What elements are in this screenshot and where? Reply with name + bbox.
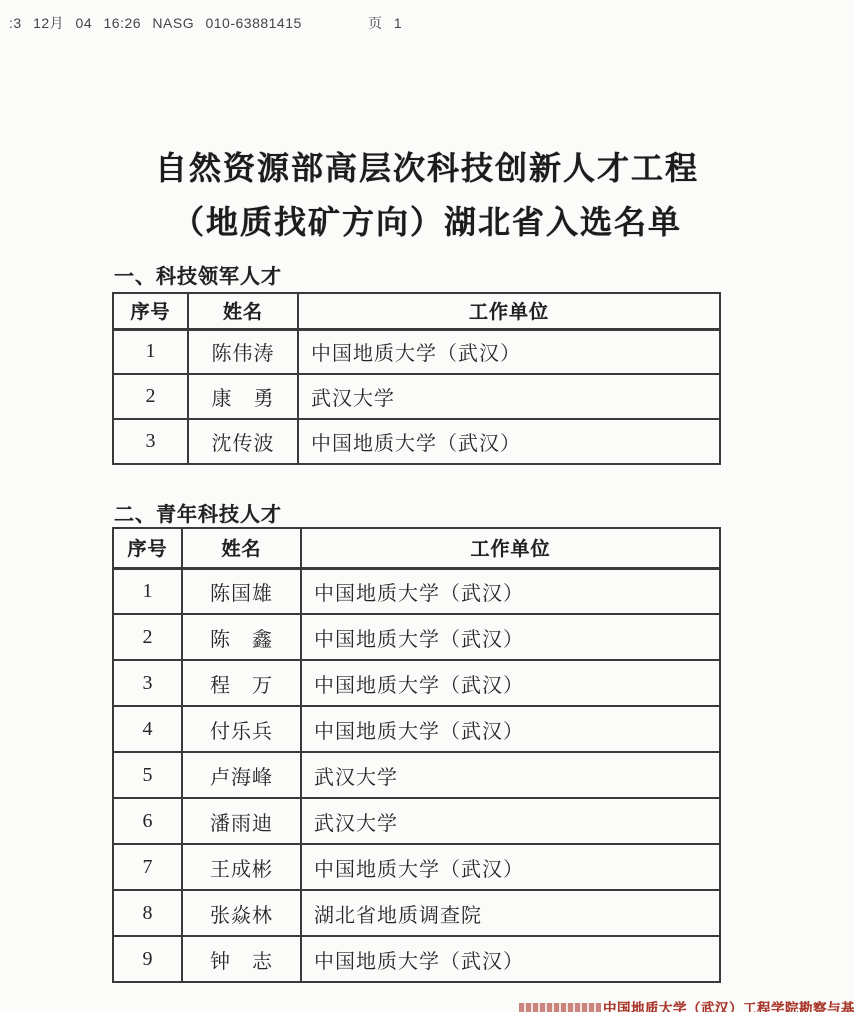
table-row: 4 付乐兵 中国地质大学（武汉） bbox=[113, 706, 720, 752]
table-row: 8 张焱林 湖北省地质调查院 bbox=[113, 890, 720, 936]
table-header-row: 序号 姓名 工作单位 bbox=[113, 528, 720, 568]
cell-org: 中国地质大学（武汉） bbox=[298, 329, 720, 374]
cell-name: 王成彬 bbox=[182, 844, 301, 890]
cell-no: 1 bbox=[113, 329, 188, 374]
young-talents-table: 序号 姓名 工作单位 1 陈国雄 中国地质大学（武汉） 2 陈 鑫 中国地质大学… bbox=[112, 527, 721, 983]
cell-name: 钟 志 bbox=[182, 936, 301, 982]
table-row: 1 陈国雄 中国地质大学（武汉） bbox=[113, 568, 720, 614]
cell-name: 张焱林 bbox=[182, 890, 301, 936]
table-row: 9 钟 志 中国地质大学（武汉） bbox=[113, 936, 720, 982]
column-header-no: 序号 bbox=[113, 293, 188, 329]
table-header-row: 序号 姓名 工作单位 bbox=[113, 293, 720, 329]
cell-no: 5 bbox=[113, 752, 182, 798]
cell-org: 武汉大学 bbox=[298, 374, 720, 419]
cell-no: 2 bbox=[113, 614, 182, 660]
document-title-line1: 自然资源部高层次科技创新人才工程 bbox=[0, 141, 854, 195]
column-header-org: 工作单位 bbox=[298, 293, 720, 329]
table-row: 1 陈伟涛 中国地质大学（武汉） bbox=[113, 329, 720, 374]
column-header-no: 序号 bbox=[113, 528, 182, 568]
column-header-org: 工作单位 bbox=[301, 528, 720, 568]
document-title-line2: （地质找矿方向）湖北省入选名单 bbox=[0, 195, 854, 249]
cell-org: 中国地质大学（武汉） bbox=[301, 614, 720, 660]
cell-name: 卢海峰 bbox=[182, 752, 301, 798]
cell-name: 沈传波 bbox=[188, 419, 298, 464]
column-header-name: 姓名 bbox=[182, 528, 301, 568]
table-row: 6 潘雨迪 武汉大学 bbox=[113, 798, 720, 844]
table-row: 2 康 勇 武汉大学 bbox=[113, 374, 720, 419]
cell-no: 3 bbox=[113, 660, 182, 706]
cell-no: 4 bbox=[113, 706, 182, 752]
cell-org: 中国地质大学（武汉） bbox=[298, 419, 720, 464]
leading-talents-table: 序号 姓名 工作单位 1 陈伟涛 中国地质大学（武汉） 2 康 勇 武汉大学 3… bbox=[112, 292, 721, 465]
section-heading-leading-talents: 一、科技领军人才 bbox=[114, 260, 282, 289]
cell-name: 康 勇 bbox=[188, 374, 298, 419]
cell-no: 8 bbox=[113, 890, 182, 936]
cell-name: 付乐兵 bbox=[182, 706, 301, 752]
cell-org: 中国地质大学（武汉） bbox=[301, 844, 720, 890]
cell-org: 武汉大学 bbox=[301, 798, 720, 844]
cell-name: 陈国雄 bbox=[182, 568, 301, 614]
cell-org: 湖北省地质调查院 bbox=[301, 890, 720, 936]
cell-name: 潘雨迪 bbox=[182, 798, 301, 844]
table-row: 2 陈 鑫 中国地质大学（武汉） bbox=[113, 614, 720, 660]
stamp-text: 中国地质大学（武汉）工程学院勘察与基础工程系党支部 bbox=[603, 997, 854, 1012]
cell-no: 3 bbox=[113, 419, 188, 464]
table-row: 7 王成彬 中国地质大学（武汉） bbox=[113, 844, 720, 890]
scanned-fax-document: { "fax_header": { "left": ":3 12月 04 16:… bbox=[0, 0, 854, 1012]
cell-name: 陈 鑫 bbox=[182, 614, 301, 660]
stamp-micro-text-mark bbox=[519, 1003, 601, 1012]
cell-org: 中国地质大学（武汉） bbox=[301, 660, 720, 706]
table-row: 5 卢海峰 武汉大学 bbox=[113, 752, 720, 798]
cell-no: 9 bbox=[113, 936, 182, 982]
cell-org: 中国地质大学（武汉） bbox=[301, 568, 720, 614]
fax-page-number: 页 1 bbox=[368, 13, 402, 33]
fax-header-line: :3 12月 04 16:26 NASG 010-63881415 bbox=[9, 13, 302, 33]
footer-stamp: 中国地质大学（武汉）工程学院勘察与基础工程系党支部 bbox=[519, 997, 854, 1012]
document-title: 自然资源部高层次科技创新人才工程 （地质找矿方向）湖北省入选名单 bbox=[0, 141, 854, 249]
cell-name: 程 万 bbox=[182, 660, 301, 706]
cell-org: 中国地质大学（武汉） bbox=[301, 936, 720, 982]
cell-no: 7 bbox=[113, 844, 182, 890]
cell-org: 中国地质大学（武汉） bbox=[301, 706, 720, 752]
cell-name: 陈伟涛 bbox=[188, 329, 298, 374]
cell-org: 武汉大学 bbox=[301, 752, 720, 798]
section-heading-young-talents: 二、青年科技人才 bbox=[114, 498, 282, 527]
table-row: 3 程 万 中国地质大学（武汉） bbox=[113, 660, 720, 706]
table-row: 3 沈传波 中国地质大学（武汉） bbox=[113, 419, 720, 464]
cell-no: 1 bbox=[113, 568, 182, 614]
cell-no: 2 bbox=[113, 374, 188, 419]
cell-no: 6 bbox=[113, 798, 182, 844]
column-header-name: 姓名 bbox=[188, 293, 298, 329]
